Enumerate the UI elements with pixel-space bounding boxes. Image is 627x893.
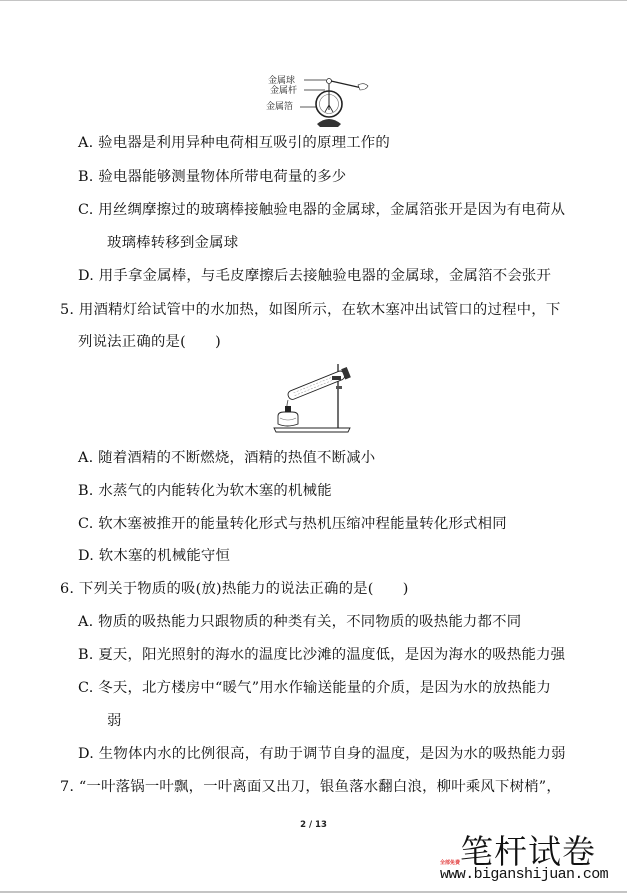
option-text: 水蒸气的内能转化为软木塞的机械能 <box>98 483 331 499</box>
label-metal-ball: 金属球 <box>268 74 295 86</box>
label-metal-foil: 金属箔 <box>266 100 293 112</box>
option-letter: D. <box>78 746 94 762</box>
q7-stem: 7. “一叶落锅一叶飘，一叶离面又出刀，银鱼落水翻白浪，柳叶乘风下树梢”， <box>60 778 561 796</box>
question-text: 用酒精灯给试管中的水加热，如图所示，在软木塞冲出试管口的过程中，下 <box>79 302 561 318</box>
q5-stem: 5. 用酒精灯给试管中的水加热，如图所示，在软木塞冲出试管口的过程中，下 <box>60 301 560 319</box>
question-number: 7. <box>60 779 74 795</box>
test-tube-heating-figure <box>268 358 358 438</box>
q5-option-b: B. 水蒸气的内能转化为软木塞的机械能 <box>78 482 332 500</box>
q4-option-c-continuation: 玻璃棒转移到金属球 <box>107 234 238 252</box>
option-text: 用手拿金属棒，与毛皮摩擦后去接触验电器的金属球，金属箔不会张开 <box>99 268 551 284</box>
option-text: 生物体内水的比例很高，有助于调节自身的温度，是因为水的吸热能力弱 <box>99 746 566 762</box>
q4-option-d: D. 用手拿金属棒，与毛皮摩擦后去接触验电器的金属球，金属箔不会张开 <box>78 267 551 285</box>
q5-stem-continuation: 列说法正确的是( ) <box>78 333 221 351</box>
option-letter: B. <box>78 169 94 185</box>
q5-option-c: C. 软木塞被推开的能量转化形式与热机压缩冲程能量转化形式相同 <box>78 515 507 533</box>
option-text: 验电器是利用异种电荷相互吸引的原理工作的 <box>98 135 390 151</box>
q6-option-c-continuation: 弱 <box>107 712 122 730</box>
question-text: “一叶落锅一叶飘，一叶离面又出刀，银鱼落水翻白浪，柳叶乘风下树梢”， <box>79 779 561 795</box>
q4-option-b: B. 验电器能够测量物体所带电荷量的多少 <box>78 168 346 186</box>
option-text: 用丝绸摩擦过的玻璃棒接触验电器的金属球，金属箔张开是因为有电荷从 <box>98 202 565 218</box>
option-letter: B. <box>78 647 94 663</box>
option-letter: C. <box>78 516 93 532</box>
page-indicator: 2 / 13 <box>0 820 627 830</box>
option-letter: A. <box>78 135 93 151</box>
option-letter: D. <box>78 268 94 284</box>
top-border <box>0 0 627 1</box>
option-text: 冬天，北方楼房中“暖气”用水作输送能量的介质，是因为水的放热能力 <box>98 680 551 696</box>
option-letter: D. <box>78 548 94 564</box>
watermark-title: 笔杆试卷 <box>460 834 596 870</box>
q4-option-a: A. 验电器是利用异种电荷相互吸引的原理工作的 <box>78 134 390 152</box>
question-number: 5. <box>60 302 74 318</box>
option-text: 软木塞被推开的能量转化形式与热机压缩冲程能量转化形式相同 <box>98 516 507 532</box>
option-text: 随着酒精的不断燃烧，酒精的热值不断减小 <box>98 450 375 466</box>
option-letter: B. <box>78 483 94 499</box>
option-letter: A. <box>78 450 93 466</box>
question-text: 下列关于物质的吸(放)热能力的说法正确的是( ) <box>79 581 409 597</box>
q5-option-a: A. 随着酒精的不断燃烧，酒精的热值不断减小 <box>78 449 375 467</box>
q6-option-a: A. 物质的吸热能力只跟物质的种类有关，不同物质的吸热能力都不同 <box>78 613 521 631</box>
option-text: 物质的吸热能力只跟物质的种类有关，不同物质的吸热能力都不同 <box>98 614 521 630</box>
q4-option-c: C. 用丝绸摩擦过的玻璃棒接触验电器的金属球，金属箔张开是因为有电荷从 <box>78 201 565 219</box>
option-letter: C. <box>78 680 93 696</box>
watermark-free-tag: 全部免费 <box>440 859 460 866</box>
question-number: 6. <box>60 581 74 597</box>
option-letter: A. <box>78 614 93 630</box>
electroscope-figure: 金属球 金属杆 金属箔 <box>262 72 372 128</box>
q6-option-b: B. 夏天，阳光照射的海水的温度比沙滩的温度低，是因为海水的吸热能力强 <box>78 646 565 664</box>
option-text: 夏天，阳光照射的海水的温度比沙滩的温度低，是因为海水的吸热能力强 <box>98 647 565 663</box>
q5-option-d: D. 软木塞的机械能守恒 <box>78 547 230 565</box>
option-text: 软木塞的机械能守恒 <box>99 548 230 564</box>
label-metal-rod: 金属杆 <box>270 84 297 96</box>
watermark-url[interactable]: www.biganshijuan.com <box>440 866 608 884</box>
q6-stem: 6. 下列关于物质的吸(放)热能力的说法正确的是( ) <box>60 580 409 598</box>
q6-option-c: C. 冬天，北方楼房中“暖气”用水作输送能量的介质，是因为水的放热能力 <box>78 679 551 697</box>
q6-option-d: D. 生物体内水的比例很高，有助于调节自身的温度，是因为水的吸热能力弱 <box>78 745 566 763</box>
option-text: 验电器能够测量物体所带电荷量的多少 <box>98 169 346 185</box>
option-letter: C. <box>78 202 93 218</box>
